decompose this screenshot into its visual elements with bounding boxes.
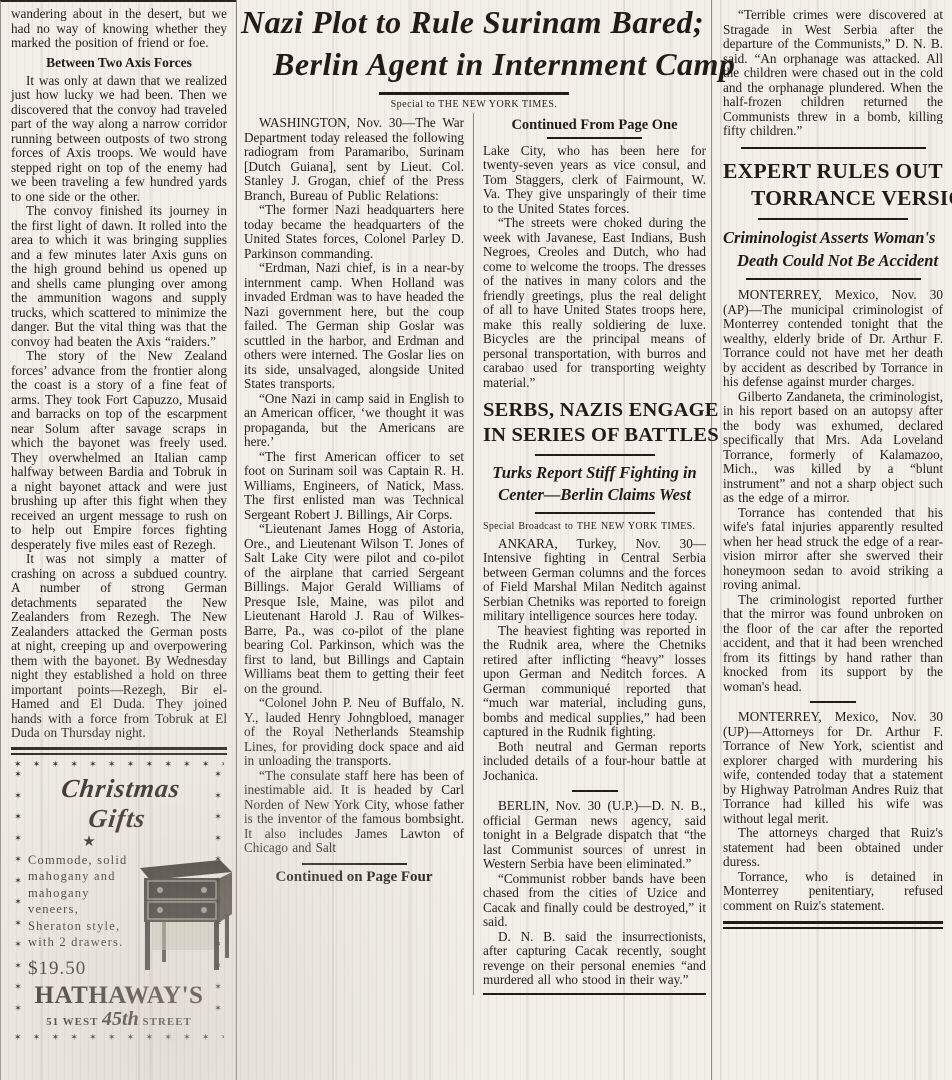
- article-paragraph: “The streets were choked during the week…: [483, 216, 706, 390]
- article-paragraph: ANKARA, Turkey, Nov. 30—Intensive fighti…: [483, 537, 706, 624]
- article-paragraph: wandering about in the desert, but we ha…: [11, 7, 227, 51]
- right-column: “Terrible crimes were discovered at Stra…: [712, 0, 952, 1080]
- byline-credit: Special Broadcast to THE NEW YORK TIMES.: [483, 520, 706, 535]
- article-paragraph: The convoy finished its journey in the f…: [11, 204, 227, 349]
- ad-copy: Commode, solid mahogany and mahogany ven…: [28, 852, 128, 951]
- article-paragraph: The story of the New Zealand forces’ adv…: [11, 349, 227, 552]
- article-paragraph: MONTERREY, Mexico, Nov. 30 (AP)—The muni…: [723, 288, 943, 390]
- article-paragraph: BERLIN, Nov. 30 (U.P.)—D. N. B., officia…: [483, 799, 706, 872]
- ad-address-prefix: 51 WEST: [46, 1016, 98, 1028]
- rule: [535, 454, 655, 456]
- article-paragraph: “Communist robber bands have been chased…: [483, 872, 706, 930]
- ad-store-name: HATHAWAY'S: [28, 982, 210, 1010]
- ad-address-number: 45th: [102, 1008, 139, 1030]
- story-separator-rule: [810, 701, 856, 703]
- star-border-bottom: [14, 1032, 224, 1044]
- article-paragraph: “The first American officer to set foot …: [244, 450, 464, 523]
- continued-from-notice: Continued From Page One: [483, 117, 706, 134]
- serbs-subhead-line2: Center—Berlin Claims West: [483, 484, 706, 506]
- main-article: Nazi Plot to Rule Surinam Bared; Berlin …: [237, 0, 711, 1080]
- column-three: Continued From Page One Lake City, who h…: [474, 113, 711, 995]
- article-paragraph: It was not simply a matter of crashing o…: [11, 552, 227, 741]
- article-paragraph: “The former Nazi headquarters here today…: [244, 203, 464, 261]
- rule: [535, 512, 655, 514]
- ad-address-suffix: STREET: [142, 1016, 191, 1028]
- star-border-left: [13, 770, 25, 1033]
- serbs-headline-line1: SERBS, NAZIS ENGAGE: [483, 398, 706, 423]
- star-border-right: [213, 770, 225, 1033]
- expert-headline-line1: EXPERT RULES OUT: [723, 158, 943, 185]
- article-paragraph: D. N. B. said the insurrectionists, afte…: [483, 930, 706, 988]
- article-paragraph: WASHINGTON, Nov. 30—The War Department t…: [244, 116, 464, 203]
- article-paragraph: The attorneys charged that Ruiz's statem…: [723, 826, 943, 870]
- main-headline-line1: Nazi Plot to Rule Surinam Bared;: [237, 0, 711, 42]
- article-paragraph: “Terrible crimes were discovered at Stra…: [723, 8, 943, 139]
- star-icon: ★: [28, 835, 150, 849]
- ad-price: $19.50: [28, 958, 128, 980]
- article-paragraph: “The consulate staff here has been of in…: [244, 769, 464, 856]
- article-paragraph: “One Nazi in camp said in English to an …: [244, 392, 464, 450]
- left-column: wandering about in the desert, but we ha…: [0, 0, 236, 1080]
- rule: [741, 147, 926, 150]
- rule: [758, 218, 908, 220]
- section-subhead: Between Two Axis Forces: [11, 55, 227, 71]
- ad-address: 51 WEST 45th STREET: [28, 1008, 210, 1031]
- column-two: WASHINGTON, Nov. 30—The War Department t…: [237, 113, 473, 995]
- article-paragraph: “Erdman, Nazi chief, is in a near-by int…: [244, 261, 464, 392]
- article-paragraph: It was only at dawn that we realized jus…: [11, 74, 227, 205]
- expert-subhead-line1: Criminologist Asserts Woman's: [723, 226, 943, 249]
- continued-on-notice: Continued on Page Four: [244, 869, 464, 886]
- article-paragraph: MONTERREY, Mexico, Nov. 30 (UP)—Attorney…: [723, 710, 943, 826]
- rule: [547, 137, 642, 139]
- main-headline-line2: Berlin Agent in Internment Camp: [237, 42, 711, 84]
- article-paragraph: Torrance has contended that his wife's f…: [723, 506, 943, 593]
- rule: [746, 278, 921, 280]
- byline-credit: Special to THE NEW YORK TIMES.: [237, 99, 711, 110]
- article-paragraph: The criminologist reported further that …: [723, 593, 943, 695]
- expert-subhead-line2: Death Could Not Be Accident: [723, 249, 943, 272]
- article-paragraph: “Lieutenant James Hogg of Astoria, Ore.,…: [244, 522, 464, 696]
- expert-headline-line2: TORRANCE VERSION: [723, 185, 943, 212]
- article-paragraph: “Colonel John P. Neu of Buffalo, N. Y., …: [244, 696, 464, 769]
- rule: [379, 92, 569, 95]
- serbs-headline-line2: IN SERIES OF BATTLES: [483, 423, 706, 448]
- ad-title: Christmas Gifts: [24, 774, 213, 834]
- story-separator-rule: [572, 790, 618, 792]
- article-paragraph: The heaviest fighting was reported in th…: [483, 624, 706, 740]
- star-border-top: [14, 759, 224, 771]
- article-paragraph: Gilberto Zandaneta, the criminologist, i…: [723, 390, 943, 506]
- newspaper-page: wandering about in the desert, but we ha…: [0, 0, 952, 1080]
- rule: [11, 747, 227, 755]
- serbs-subhead-line1: Turks Report Stiff Fighting in: [483, 462, 706, 484]
- rule: [723, 921, 943, 929]
- article-paragraph: Torrance, who is detained in Monterrey p…: [723, 870, 943, 914]
- rule: [302, 863, 407, 865]
- rule: [483, 993, 706, 995]
- article-paragraph: Both neutral and German reports included…: [483, 740, 706, 784]
- hathaways-advertisement: Christmas Gifts ★ Commode, solid mahogan…: [12, 759, 226, 1044]
- article-paragraph: Lake City, who has been here for twenty-…: [483, 144, 706, 217]
